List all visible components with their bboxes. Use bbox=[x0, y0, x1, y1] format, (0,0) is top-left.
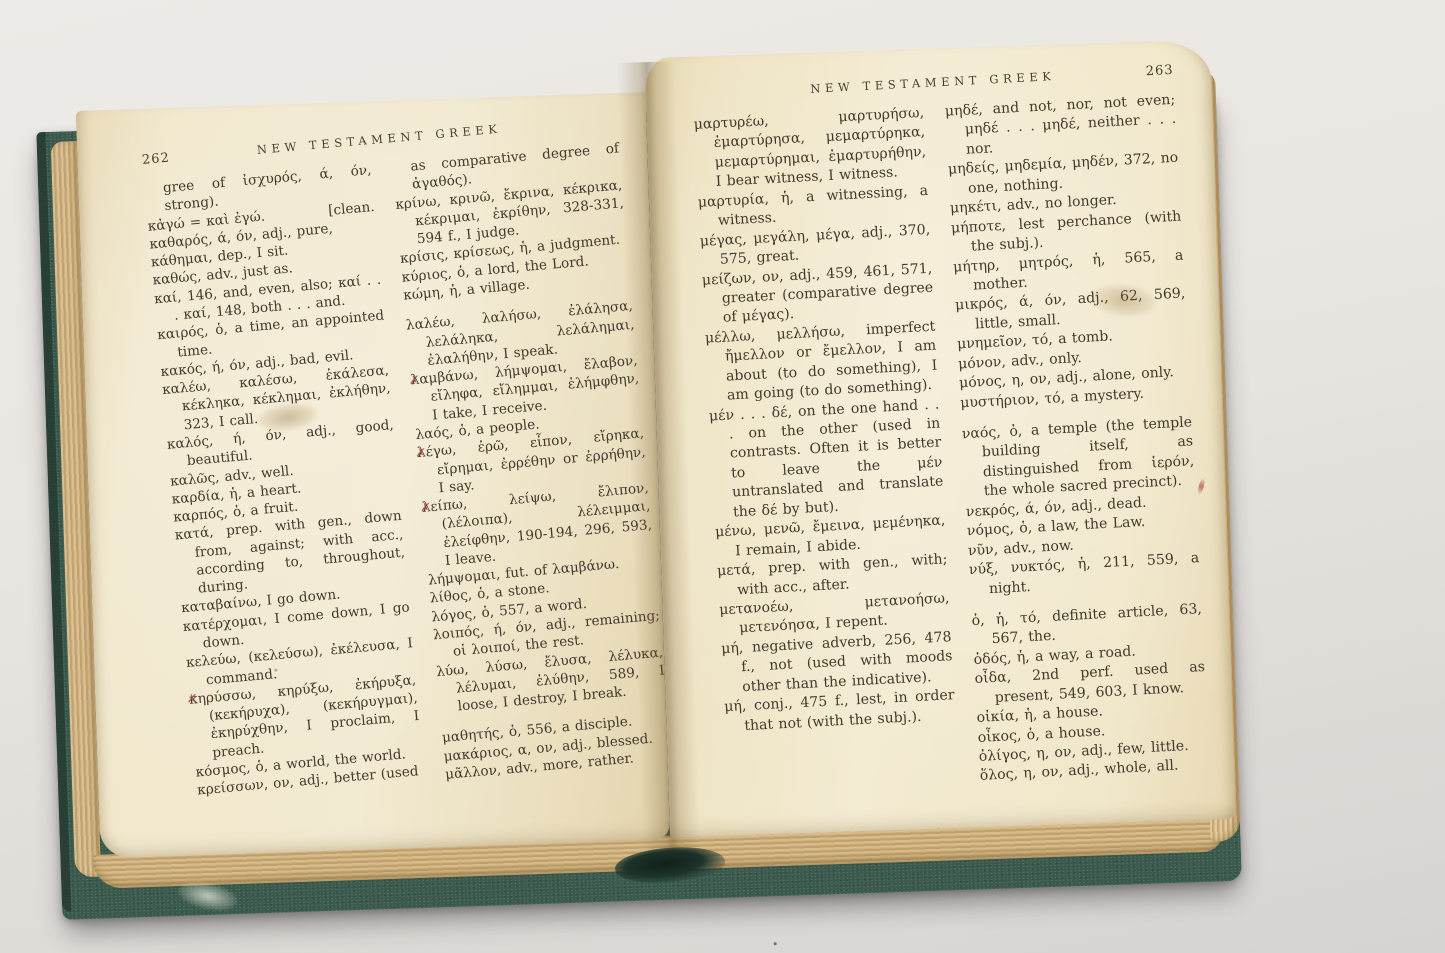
head-spacer-right bbox=[692, 97, 738, 99]
left-page-column-1: gree of ἰσχυρός, ά, όν, strong).κἀγώ = κ… bbox=[144, 161, 425, 806]
red-x-mark: ✗ bbox=[415, 444, 426, 461]
left-page-columns: gree of ἰσχυρός, ά, όν, strong).κἀγώ = κ… bbox=[144, 139, 670, 805]
speck bbox=[1216, 876, 1219, 879]
right-page-column-1: μαρτυρέω, μαρτυρήσω, ἐμαρτύρησα, μεμαρτύ… bbox=[693, 104, 959, 800]
speck bbox=[774, 942, 777, 945]
left-page-content: 262 NEW TESTAMENT GREEK gree of ἰσχυρός,… bbox=[76, 92, 670, 811]
right-page-content: NEW TESTAMENT GREEK 263 μαρτυρέω, μαρτυρ… bbox=[644, 39, 1235, 802]
right-page: NEW TESTAMENT GREEK 263 μαρτυρέω, μαρτυρ… bbox=[644, 39, 1236, 837]
speck bbox=[274, 669, 277, 672]
page-number-right: 263 bbox=[1127, 63, 1174, 80]
red-x-mark: ✗ bbox=[408, 372, 419, 389]
running-head-title-right: NEW TESTAMENT GREEK bbox=[738, 65, 1128, 99]
page-number-left: 262 bbox=[141, 149, 188, 168]
dictionary-entry: ναός, ὁ, a temple (the temple building i… bbox=[961, 413, 1195, 503]
left-page: 262 NEW TESTAMENT GREEK gree of ἰσχυρός,… bbox=[76, 92, 670, 858]
dictionary-entry: μέλλω, μελλήσω, imperfect ἤμελλον or ἔμε… bbox=[705, 317, 939, 407]
left-page-column-2: as comparative degree of ἀγαθός).κρίνω, … bbox=[391, 139, 670, 784]
right-page-columns: μαρτυρέω, μαρτυρήσω, ἐμαρτύρησα, μεμαρτύ… bbox=[693, 91, 1210, 800]
open-book: 262 NEW TESTAMENT GREEK gree of ἰσχυρός,… bbox=[32, 6, 1279, 938]
red-x-mark: ✗ bbox=[420, 499, 431, 516]
right-page-column-2: μηδέ, and not, nor, not even; μηδέ . . .… bbox=[944, 91, 1210, 787]
dictionary-entry: μαρτυρέω, μαρτυρήσω, ἐμαρτύρησα, μεμαρτύ… bbox=[693, 104, 927, 194]
head-spacer-left bbox=[571, 122, 617, 126]
red-x-mark: ✗ bbox=[187, 691, 198, 708]
dictionary-entry: μέν . . . δέ, on the one hand . . . on t… bbox=[709, 395, 945, 524]
